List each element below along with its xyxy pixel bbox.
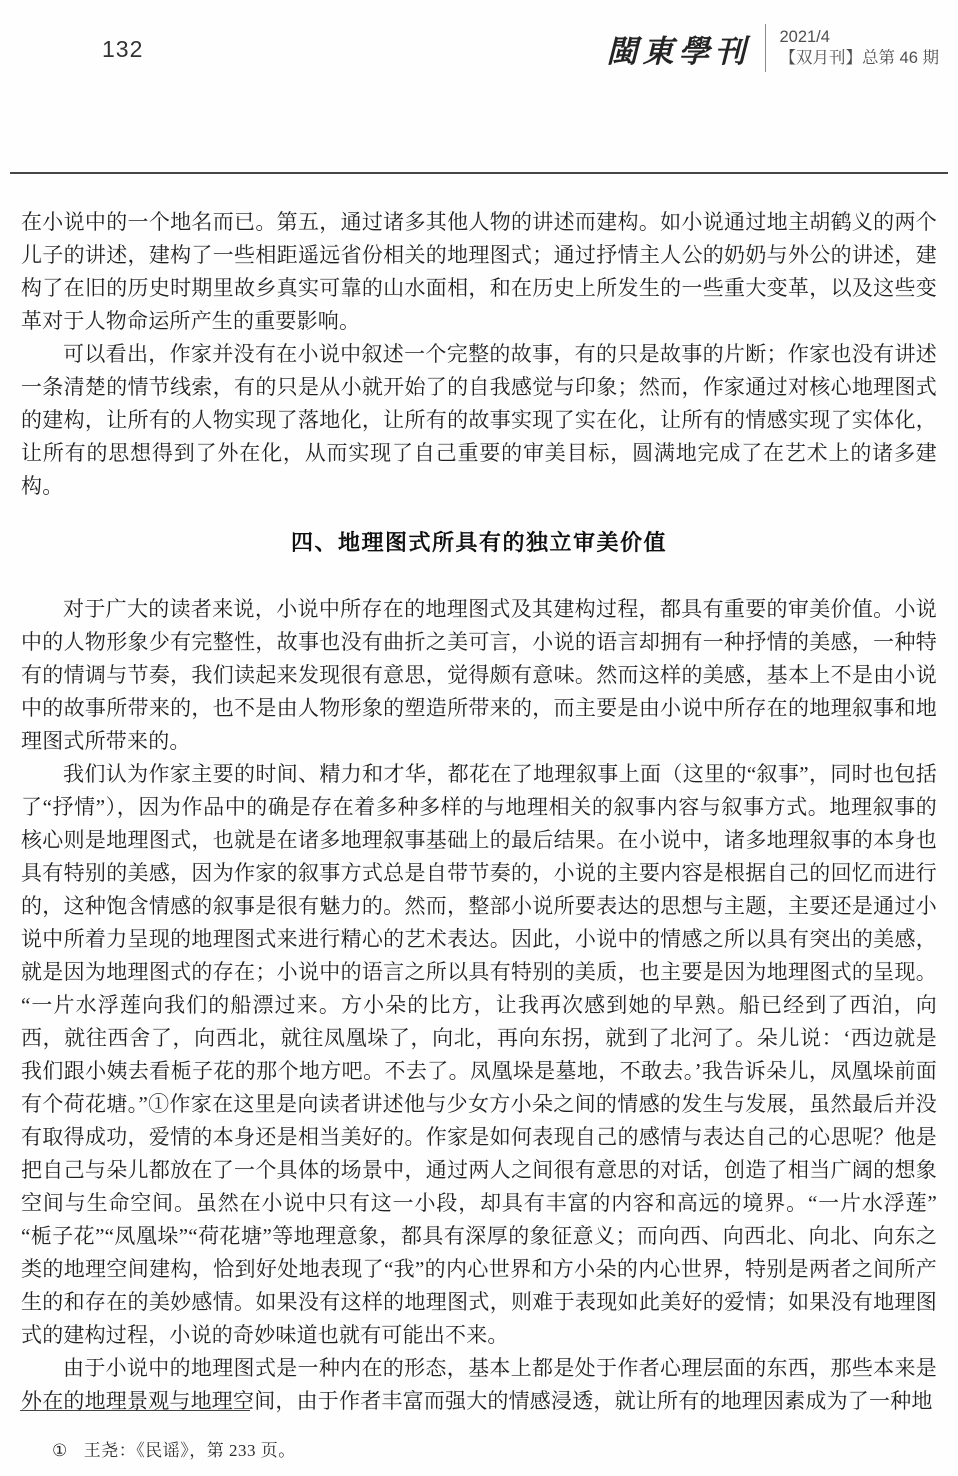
journal-title: 閩東學刊 (606, 26, 750, 71)
masthead-divider (765, 24, 766, 72)
footnote-text: 王尧：《民谣》，第 233 页。 (84, 1441, 296, 1460)
section-heading: 四、地理图式所具有的独立审美价值 (21, 526, 937, 559)
journal-masthead: 閩東學刊 2021/4 【双月刊】总第 46 期 (606, 24, 939, 72)
header-rule (10, 172, 948, 174)
paragraph: 可以看出，作家并没有在小说中叙述一个完整的故事，有的只是故事的片断；作家也没有讲… (21, 338, 937, 503)
footnote-rule (20, 1410, 250, 1411)
paragraph-continuation: 在小说中的一个地名而已。第五，通过诸多其他人物的讲述而建构。如小说通过地主胡鹤义… (21, 206, 937, 338)
issue-number: 【双月刊】总第 46 期 (779, 48, 939, 69)
paragraph: 对于广大的读者来说，小说中所存在的地理图式及其建构过程，都具有重要的审美价值。小… (21, 593, 937, 758)
issue-info: 2021/4 【双月刊】总第 46 期 (779, 27, 939, 69)
article-body: 在小说中的一个地名而已。第五，通过诸多其他人物的讲述而建构。如小说通过地主胡鹤义… (21, 206, 937, 1418)
page-number: 132 (102, 36, 143, 63)
paragraph: 由于小说中的地理图式是一种内在的形态，基本上都是处于作者心理层面的东西，那些本来… (21, 1352, 937, 1418)
paragraph: 我们认为作家主要的时间、精力和才华，都花在了地理叙事上面（这里的“叙事”，同时也… (21, 758, 937, 1352)
footnote: ①王尧：《民谣》，第 233 页。 (52, 1436, 296, 1461)
issue-year: 2021/4 (779, 27, 939, 48)
journal-page: 132 閩東學刊 2021/4 【双月刊】总第 46 期 在小说中的一个地名而已… (0, 0, 958, 1476)
footnote-marker: ① (52, 1441, 68, 1460)
